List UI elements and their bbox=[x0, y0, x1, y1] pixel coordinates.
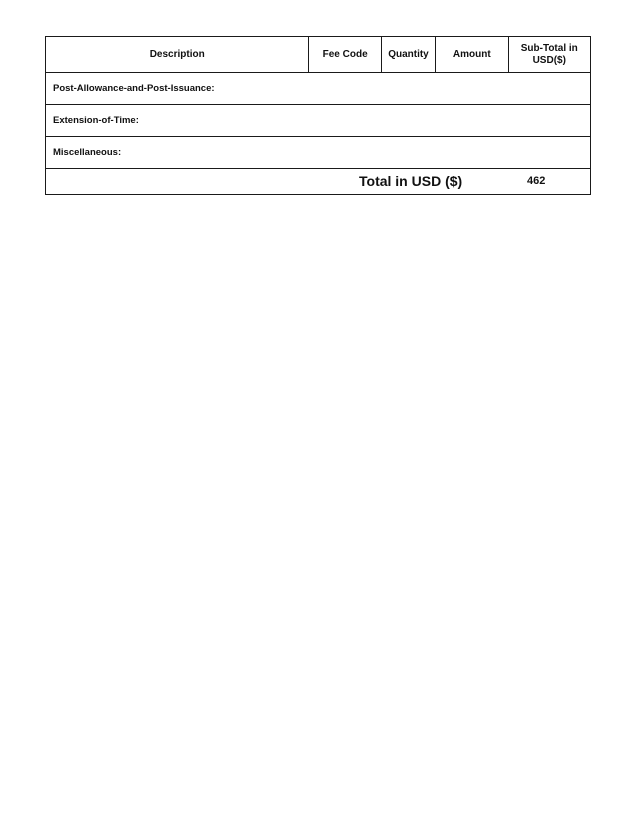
section-label: Extension-of-Time: bbox=[46, 105, 591, 137]
fee-calculation-table: Description Fee Code Quantity Amount Sub… bbox=[45, 36, 591, 195]
total-label: Total in USD ($) bbox=[359, 173, 462, 189]
section-row-extension-of-time: Extension-of-Time: bbox=[46, 105, 591, 137]
header-description: Description bbox=[46, 37, 309, 73]
total-cell: Total in USD ($) 462 bbox=[46, 169, 591, 195]
header-subtotal: Sub-Total in USD($) bbox=[508, 37, 590, 73]
header-amount: Amount bbox=[436, 37, 508, 73]
section-row-post-allowance: Post-Allowance-and-Post-Issuance: bbox=[46, 73, 591, 105]
table-header-row: Description Fee Code Quantity Amount Sub… bbox=[46, 37, 591, 73]
total-row: Total in USD ($) 462 bbox=[46, 169, 591, 195]
section-label: Post-Allowance-and-Post-Issuance: bbox=[46, 73, 591, 105]
header-subtotal-line1: Sub-Total in bbox=[521, 43, 578, 54]
total-value: 462 bbox=[527, 175, 545, 187]
header-subtotal-line2: USD($) bbox=[533, 55, 566, 66]
header-fee-code: Fee Code bbox=[309, 37, 381, 73]
section-row-miscellaneous: Miscellaneous: bbox=[46, 137, 591, 169]
header-quantity: Quantity bbox=[381, 37, 435, 73]
section-label: Miscellaneous: bbox=[46, 137, 591, 169]
